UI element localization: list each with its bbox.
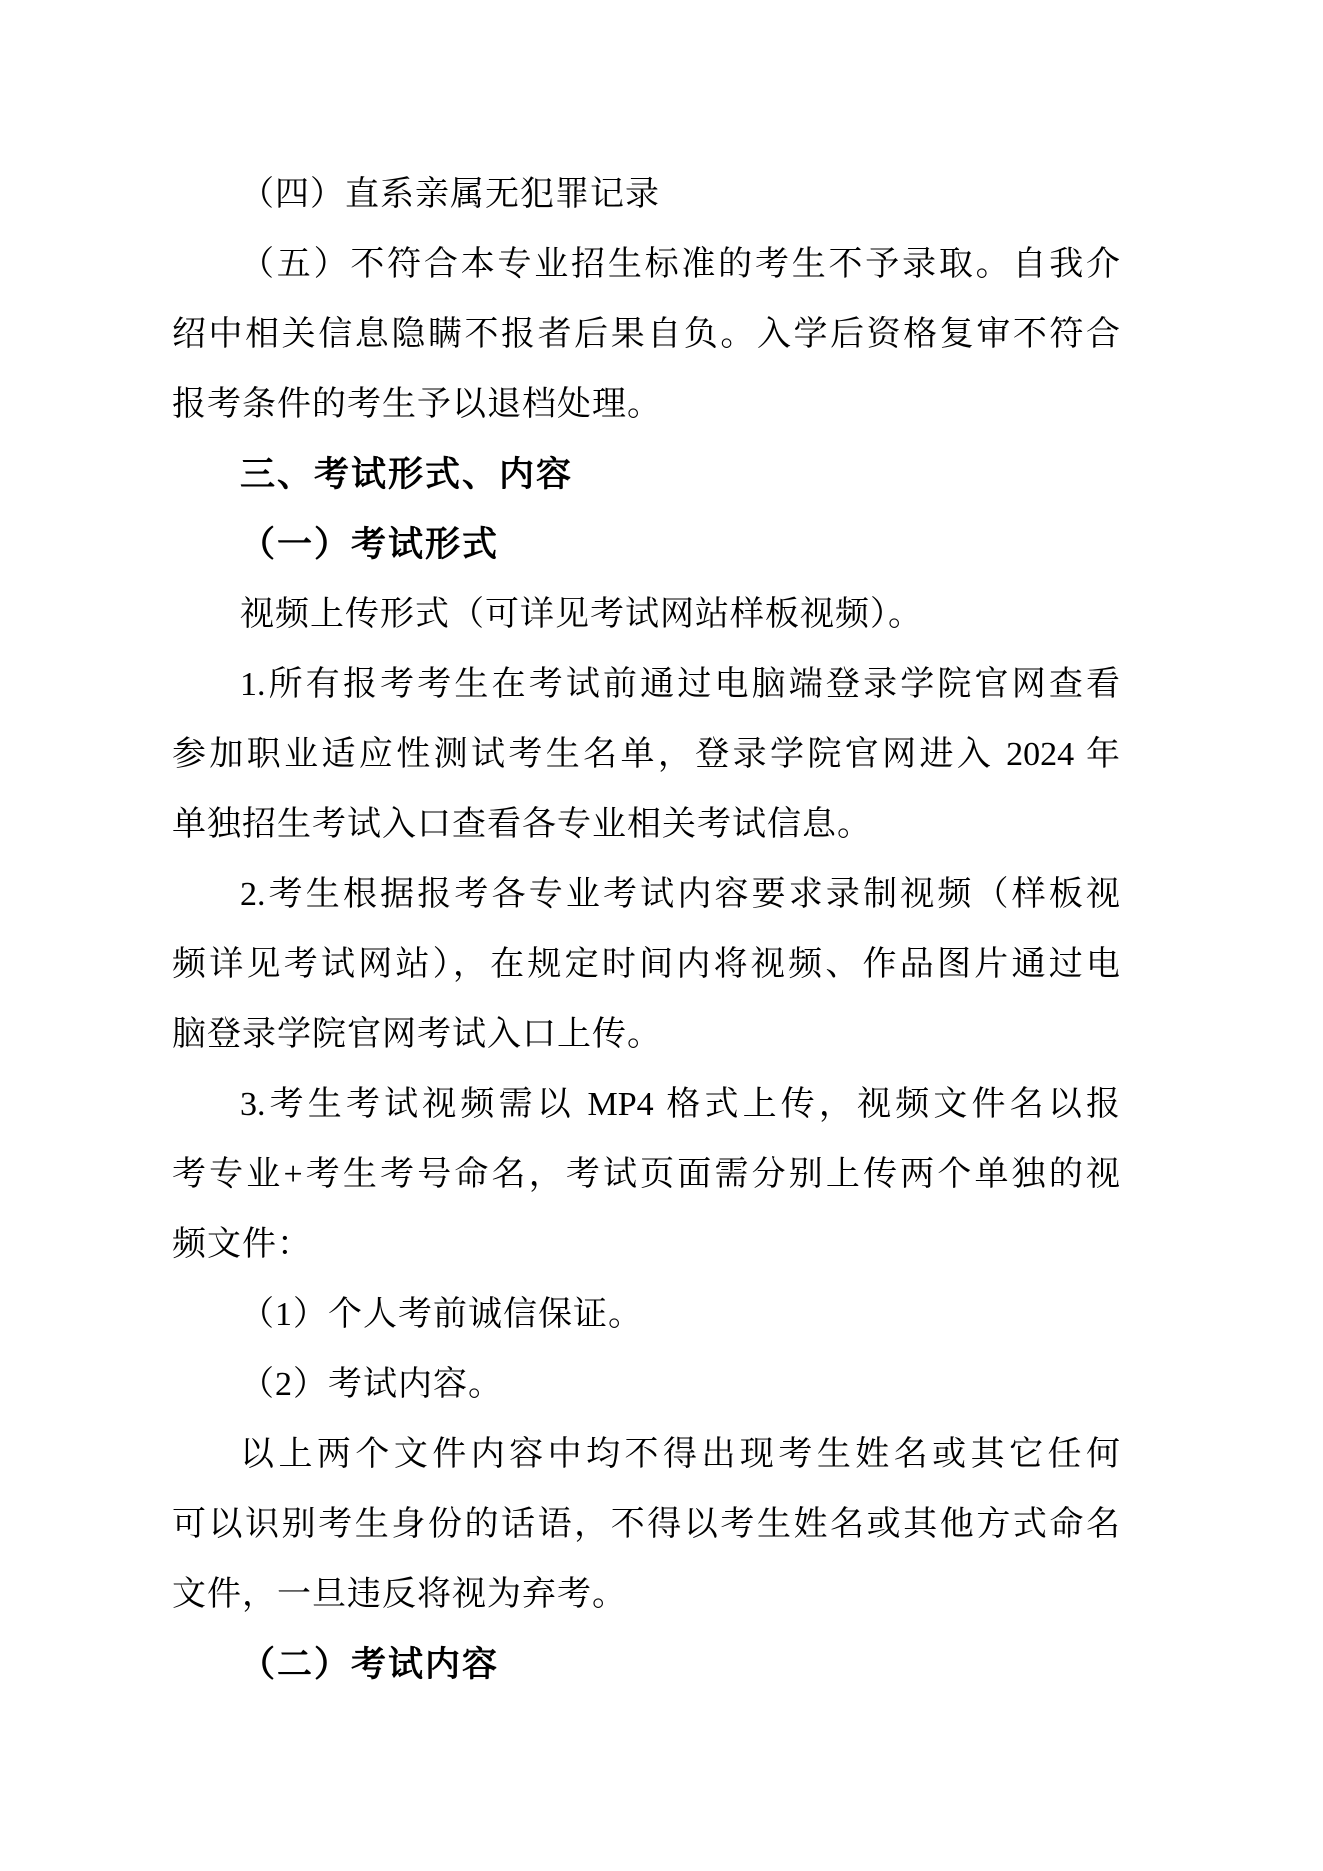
text-line: 3.考生考试视频需以 MP4 格式上传，视频文件名以报 — [172, 1070, 1120, 1140]
text-line: 脑登录学院官网考试入口上传。 — [172, 1000, 1120, 1070]
text-line: 参加职业适应性测试考生名单，登录学院官网进入 2024 年 — [172, 720, 1120, 790]
text-line: （五）不符合本专业招生标准的考生不予录取。自我介 — [172, 230, 1120, 300]
text-line: 可以识别考生身份的话语，不得以考生姓名或其他方式命名 — [172, 1490, 1120, 1560]
subsection-heading-exam-format: （一）考试形式 — [172, 510, 1120, 580]
text-line: （1）个人考前诚信保证。 — [172, 1280, 1120, 1350]
text-line: 绍中相关信息隐瞒不报者后果自负。入学后资格复审不符合 — [172, 300, 1120, 370]
text-line: 2.考生根据报考各专业考试内容要求录制视频（样板视 — [172, 860, 1120, 930]
document-page: （四）直系亲属无犯罪记录 （五）不符合本专业招生标准的考生不予录取。自我介 绍中… — [0, 0, 1323, 1871]
section-heading-exam-format-content: 三、考试形式、内容 — [172, 440, 1120, 510]
text-line: 以上两个文件内容中均不得出现考生姓名或其它任何 — [172, 1420, 1120, 1490]
document-text-block: （四）直系亲属无犯罪记录 （五）不符合本专业招生标准的考生不予录取。自我介 绍中… — [172, 160, 1120, 1700]
text-line: 视频上传形式（可详见考试网站样板视频）。 — [172, 580, 1120, 650]
text-line: 频文件： — [172, 1210, 1120, 1280]
text-line: 考专业+考生考号命名，考试页面需分别上传两个单独的视 — [172, 1140, 1120, 1210]
text-line: 单独招生考试入口查看各专业相关考试信息。 — [172, 790, 1120, 860]
text-line: 文件，一旦违反将视为弃考。 — [172, 1560, 1120, 1630]
text-line: 报考条件的考生予以退档处理。 — [172, 370, 1120, 440]
text-line: （四）直系亲属无犯罪记录 — [172, 160, 1120, 230]
subsection-heading-exam-content: （二）考试内容 — [172, 1630, 1120, 1700]
text-line: 1.所有报考考生在考试前通过电脑端登录学院官网查看 — [172, 650, 1120, 720]
text-line: （2）考试内容。 — [172, 1350, 1120, 1420]
text-line: 频详见考试网站），在规定时间内将视频、作品图片通过电 — [172, 930, 1120, 1000]
